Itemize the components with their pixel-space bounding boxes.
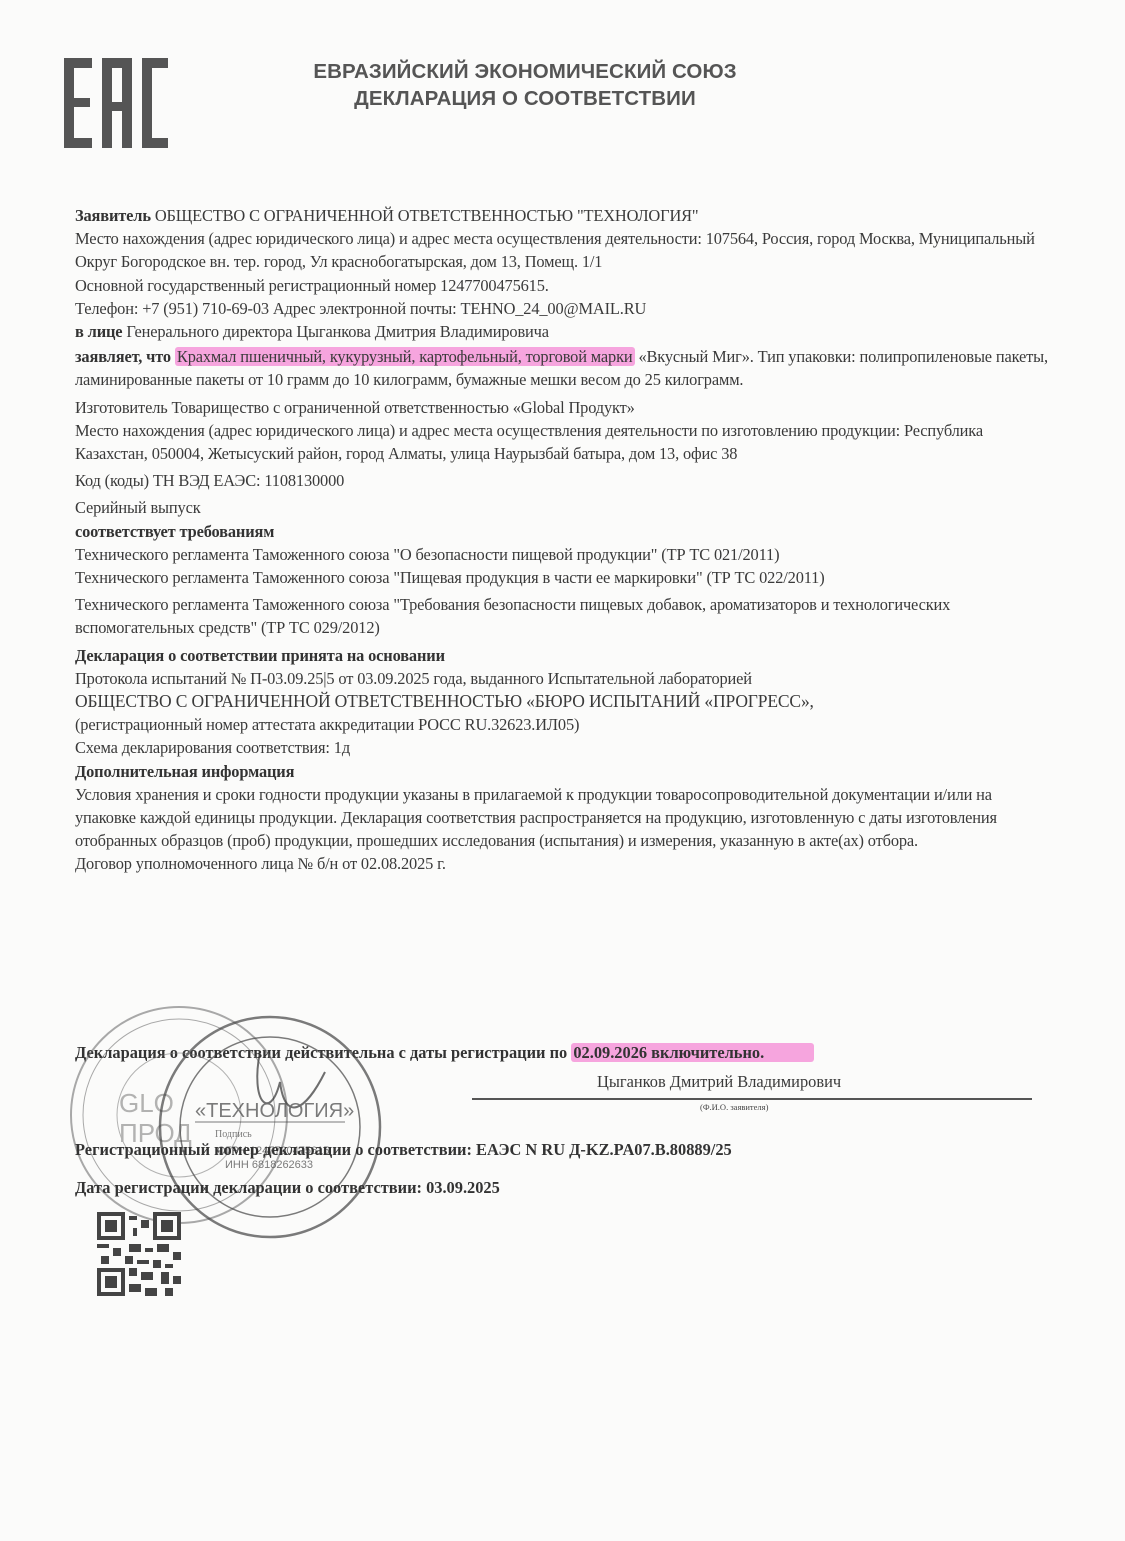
applicant-representative: в лице Генерального директора Цыганкова … [75,320,1050,343]
validity-date-highlight: 02.09.2026 включительно. [571,1043,814,1062]
basis-heading: Декларация о соответствии принята на осн… [75,644,1050,667]
signature-line [472,1098,1032,1100]
svg-text:ИНН 6818262633: ИНН 6818262633 [225,1159,313,1171]
eac-logo-icon [64,58,168,148]
additional-text: Условия хранения и сроки годности продук… [75,783,1050,853]
requirement-item: Технического регламента Таможенного союз… [75,593,1050,639]
registration-number: Регистрационный номер декларации о соотв… [75,1140,732,1160]
manufacturer-address: Место нахождения (адрес юридического лиц… [75,419,1050,465]
qr-code-icon [97,1212,181,1296]
manufacturer-name: Изготовитель Товарищество с ограниченной… [75,396,1050,419]
production-type: Серийный выпуск [75,496,1050,519]
applicant-address: Место нахождения (адрес юридического лиц… [75,227,1050,273]
technology-stamp-icon: «ТЕХНОЛОГИЯ» Подпись ОГРН 1247700475615 … [155,1012,385,1242]
document-header: ЕВРАЗИЙСКИЙ ЭКОНОМИЧЕСКИЙ СОЮЗ ДЕКЛАРАЦИ… [250,58,800,112]
requirements-heading: соответствует требованиям [75,520,1050,543]
requirement-item: Технического регламента Таможенного союз… [75,566,1050,589]
basis-accreditation: (регистрационный номер аттестата аккреди… [75,713,1050,736]
applicant-line: Заявитель ОБЩЕСТВО С ОГРАНИЧЕННОЙ ОТВЕТС… [75,204,1050,227]
product-highlight: Крахмал пшеничный, кукурузный, картофель… [175,347,635,366]
requirement-item: Технического регламента Таможенного союз… [75,543,1050,566]
svg-text:«ТЕХНОЛОГИЯ»: «ТЕХНОЛОГИЯ» [195,1100,354,1122]
declaration-body: Заявитель ОБЩЕСТВО С ОГРАНИЧЕННОЙ ОТВЕТС… [75,204,1050,876]
signature-caption: (Ф.И.О. заявителя) [700,1102,768,1112]
header-title: ДЕКЛАРАЦИЯ О СООТВЕТСТВИИ [250,85,800,112]
declares-statement: заявляет, что Крахмал пшеничный, кукуруз… [75,345,1050,391]
applicant-ogrn: Основной государственный регистрационный… [75,274,1050,297]
signatory-name: Цыганков Дмитрий Владимирович [597,1072,841,1092]
additional-heading: Дополнительная информация [75,760,1050,783]
basis-scheme: Схема декларирования соответствия: 1д [75,736,1050,759]
basis-lab: ОБЩЕСТВО С ОГРАНИЧЕННОЙ ОТВЕТСТВЕННОСТЬЮ… [75,690,1050,713]
registration-date: Дата регистрации декларации о соответств… [75,1178,500,1198]
header-union: ЕВРАЗИЙСКИЙ ЭКОНОМИЧЕСКИЙ СОЮЗ [250,58,800,85]
tnved-code: Код (коды) ТН ВЭД ЕАЭС: 1108130000 [75,469,1050,492]
authorized-contract: Договор уполномоченного лица № б/н от 02… [75,852,1050,875]
svg-text:Подпись: Подпись [215,1129,252,1140]
applicant-contacts: Телефон: +7 (951) 710-69-03 Адрес электр… [75,297,1050,320]
basis-protocol: Протокола испытаний № П-03.09.25|5 от 03… [75,667,1050,690]
